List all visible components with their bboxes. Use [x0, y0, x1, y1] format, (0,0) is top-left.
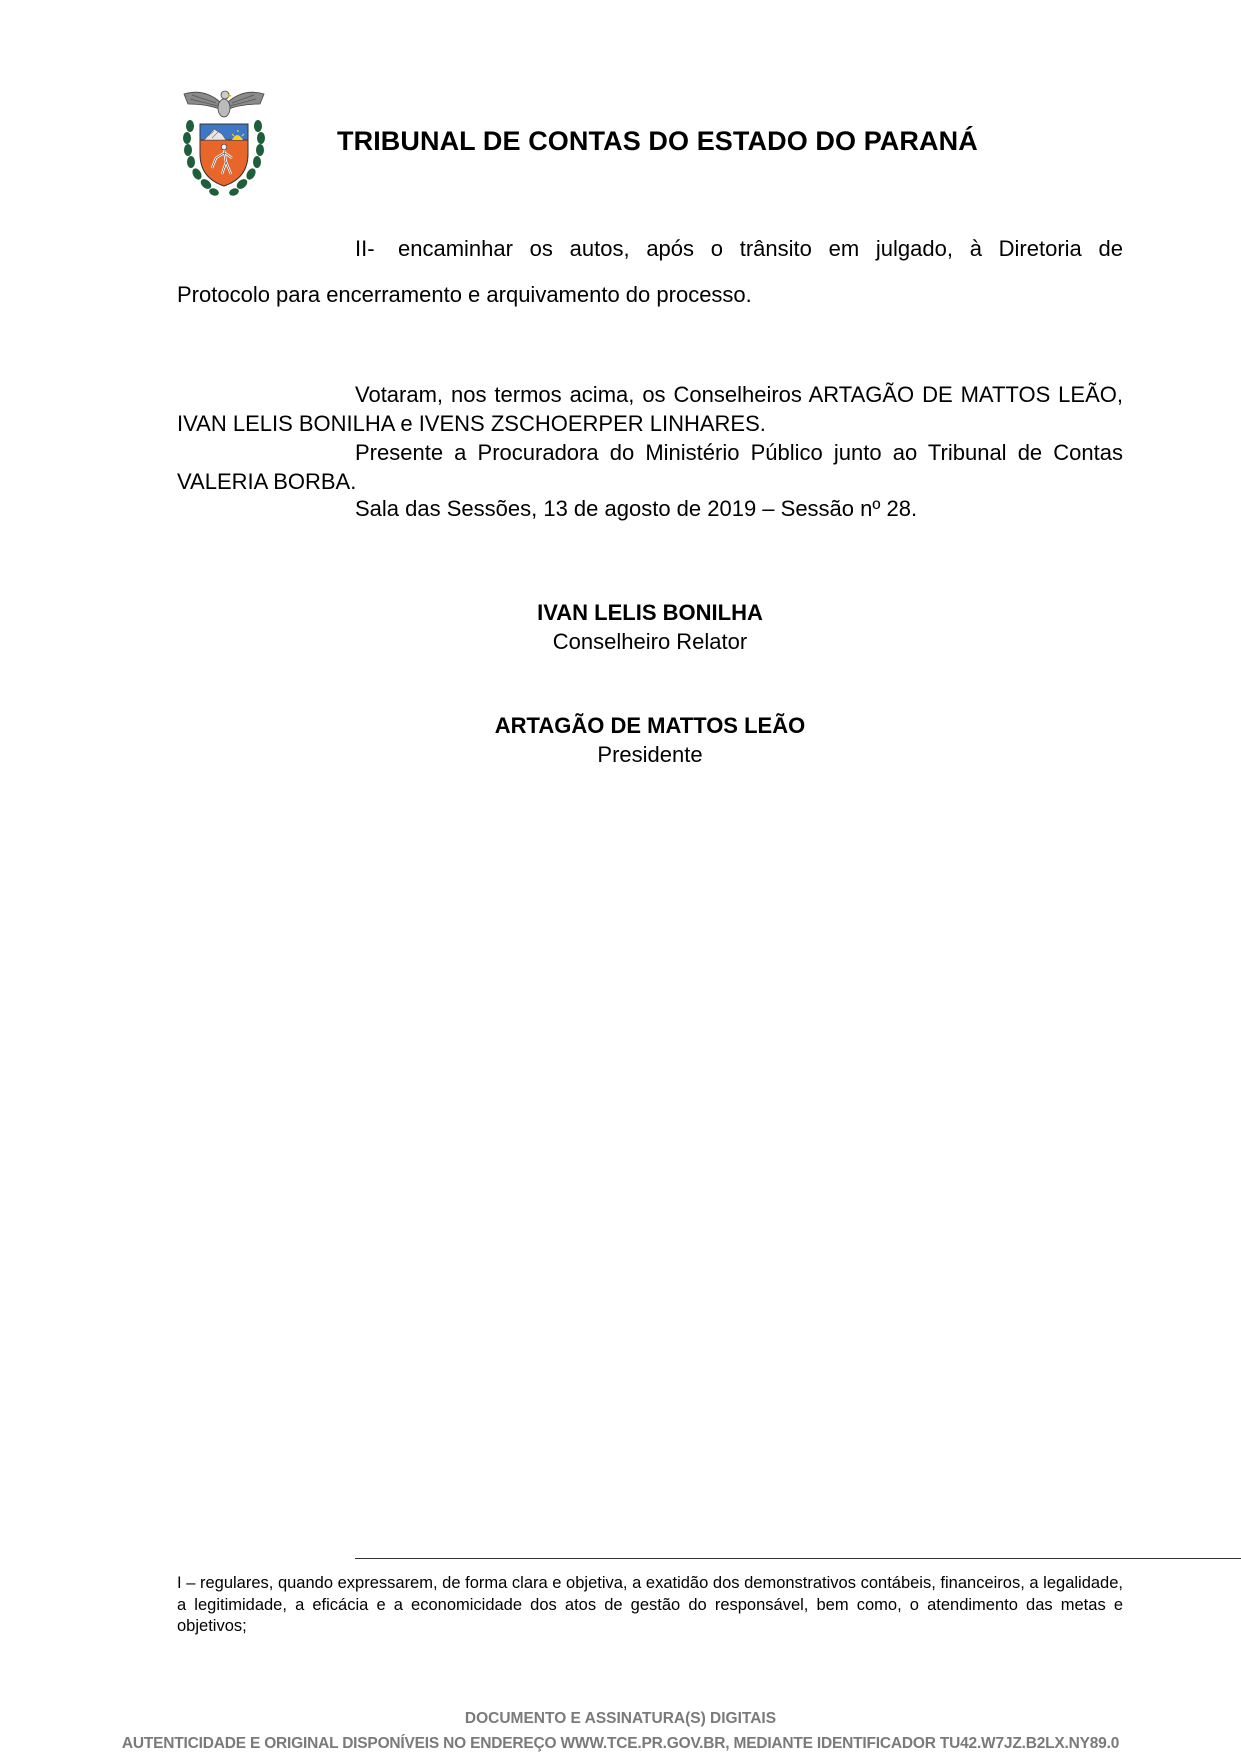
signatory-role: Presidente: [450, 740, 850, 769]
signatory-name: IVAN LELIS BONILHA: [450, 598, 850, 627]
item-number: II-: [355, 236, 398, 262]
footnote-text: I – regulares, quando expressarem, de fo…: [177, 1573, 1123, 1638]
votes-paragraph: Votaram, nos termos acima, os Conselheir…: [177, 380, 1123, 438]
presence-paragraph: Presente a Procuradora do Ministério Púb…: [177, 438, 1123, 496]
session-line: Sala das Sessões, 13 de agosto de 2019 –…: [355, 494, 917, 523]
page-title: TRIBUNAL DE CONTAS DO ESTADO DO PARANÁ: [337, 126, 978, 157]
footer-authenticity-line: AUTENTICIDADE E ORIGINAL DISPONÍVEIS NO …: [0, 1731, 1241, 1755]
signatory-name: ARTAGÃO DE MATTOS LEÃO: [450, 711, 850, 740]
footnote-separator: [355, 1558, 1241, 1559]
signatory-role: Conselheiro Relator: [450, 627, 850, 656]
footer-line-1: DOCUMENTO E ASSINATURA(S) DIGITAIS: [0, 1706, 1241, 1731]
item-text-line1: encaminhar os autos, após o trânsito em …: [398, 236, 1123, 262]
signature-relator: IVAN LELIS BONILHA Conselheiro Relator: [450, 598, 850, 656]
item-ii-paragraph: II- encaminhar os autos, após o trânsito…: [177, 236, 1123, 308]
item-text-line2: Protocolo para encerramento e arquivamen…: [177, 282, 1123, 308]
digital-signature-footer: DOCUMENTO E ASSINATURA(S) DIGITAIS AUTEN…: [0, 1706, 1241, 1755]
parana-coat-of-arms-icon: [178, 86, 270, 200]
signature-presidente: ARTAGÃO DE MATTOS LEÃO Presidente: [450, 711, 850, 769]
